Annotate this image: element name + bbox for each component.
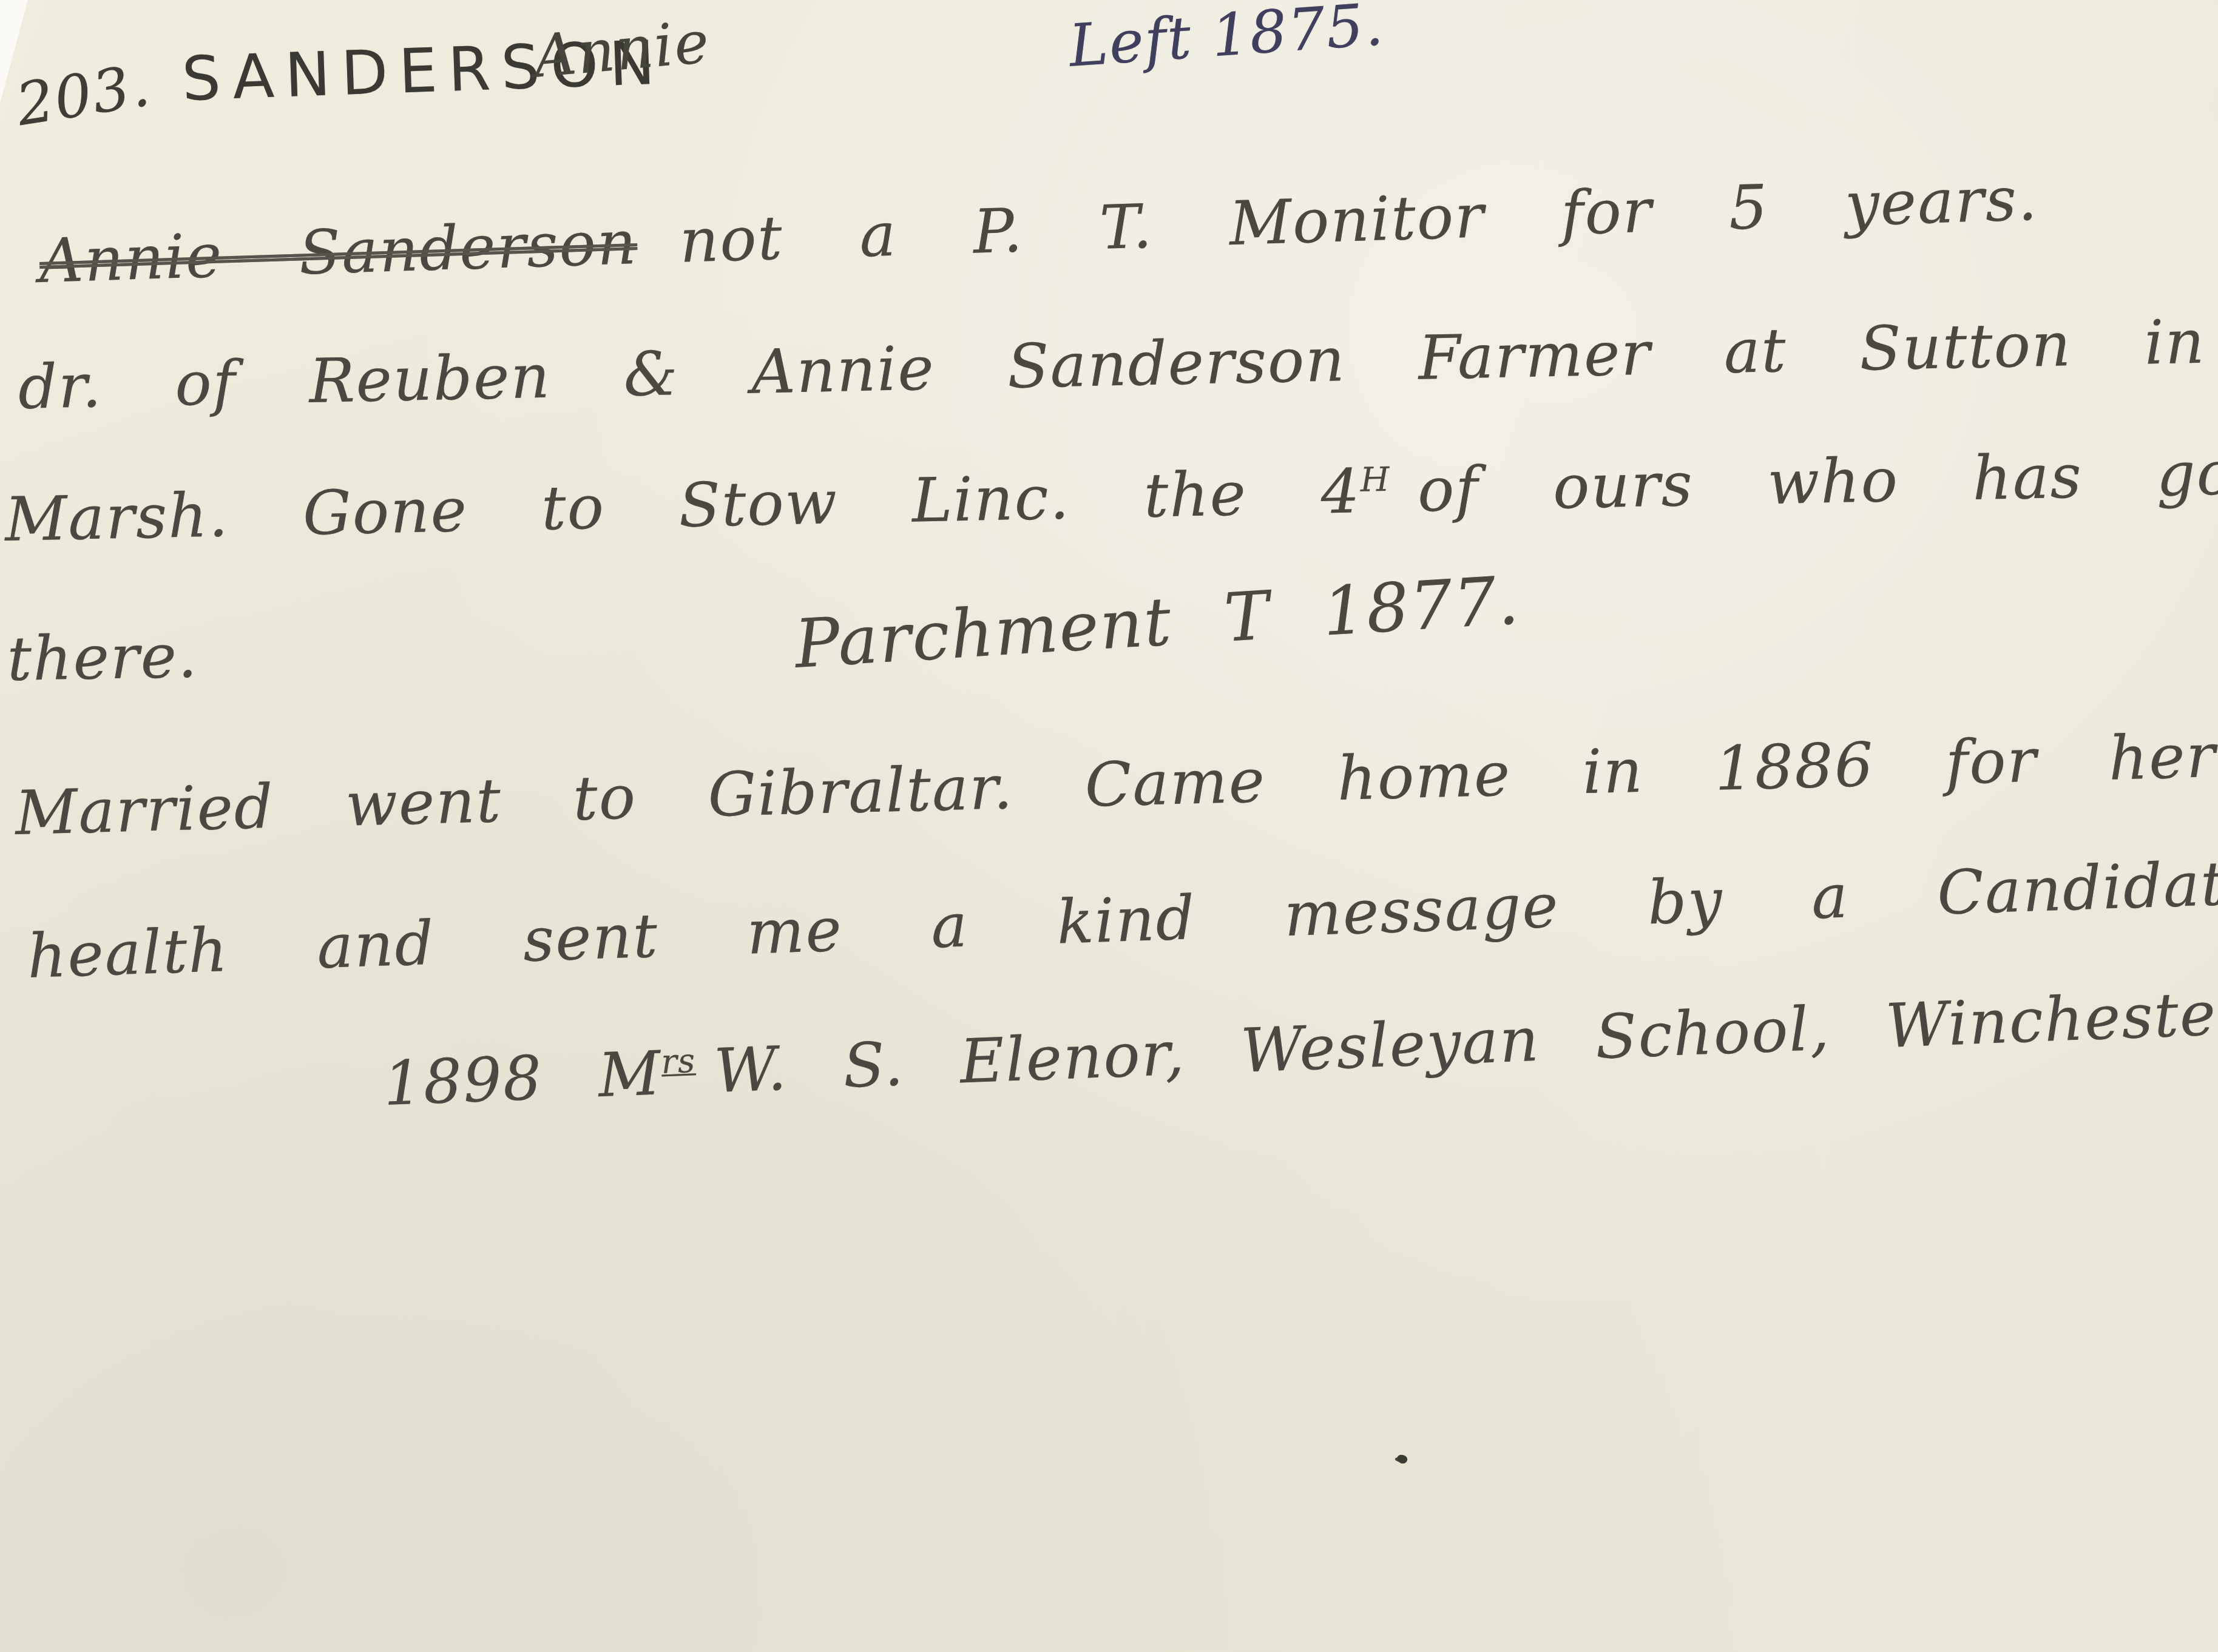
entry-line-1: Annie Sandersonnot a P. T. Monitor for 5…: [38, 163, 2039, 297]
entry-line-5: Married went to Gibraltar. Came home in …: [14, 720, 2217, 849]
entry-line-2: dr. of Reuben & Annie Sanderson Farmer a…: [18, 302, 2218, 423]
line-1-text: not a P. T. Monitor for 5 years.: [678, 163, 2039, 277]
entry-line-3: Marsh. Gone to Stow Linc. the 4Hof ours …: [4, 436, 2218, 555]
line-3-text-continued: of ours who has gone: [1417, 436, 2218, 525]
line-7-year-and-title: 1898 M: [382, 1037, 663, 1119]
entry-line-7: 1898 MrsW. S. Elenor, Wesleyan School, W…: [382, 976, 2218, 1119]
line-3-superscript: H: [1360, 460, 1390, 499]
entry-line-6: health and sent me a kind message by a C…: [26, 846, 2218, 992]
entry-line-4-there: there.: [7, 621, 199, 695]
record-number: 203.: [12, 51, 155, 139]
header-forename: Annie: [531, 8, 712, 91]
parchment-note: Parchment T 1877.: [793, 561, 1522, 683]
line-7-address: W. S. Elenor, Wesleyan School, Wincheste…: [713, 976, 2218, 1107]
line-7-superscript: rs: [660, 1041, 696, 1081]
struck-through-name: Annie Sanderson: [38, 207, 638, 297]
line-3-text: Marsh. Gone to Stow Linc. the 4: [4, 456, 1362, 555]
left-year-note: Left 1875.: [1067, 0, 1387, 80]
ink-blot: [1396, 1453, 1409, 1465]
register-page: 203. SANDERSON Annie Left 1875. Annie Sa…: [0, 0, 2218, 1652]
